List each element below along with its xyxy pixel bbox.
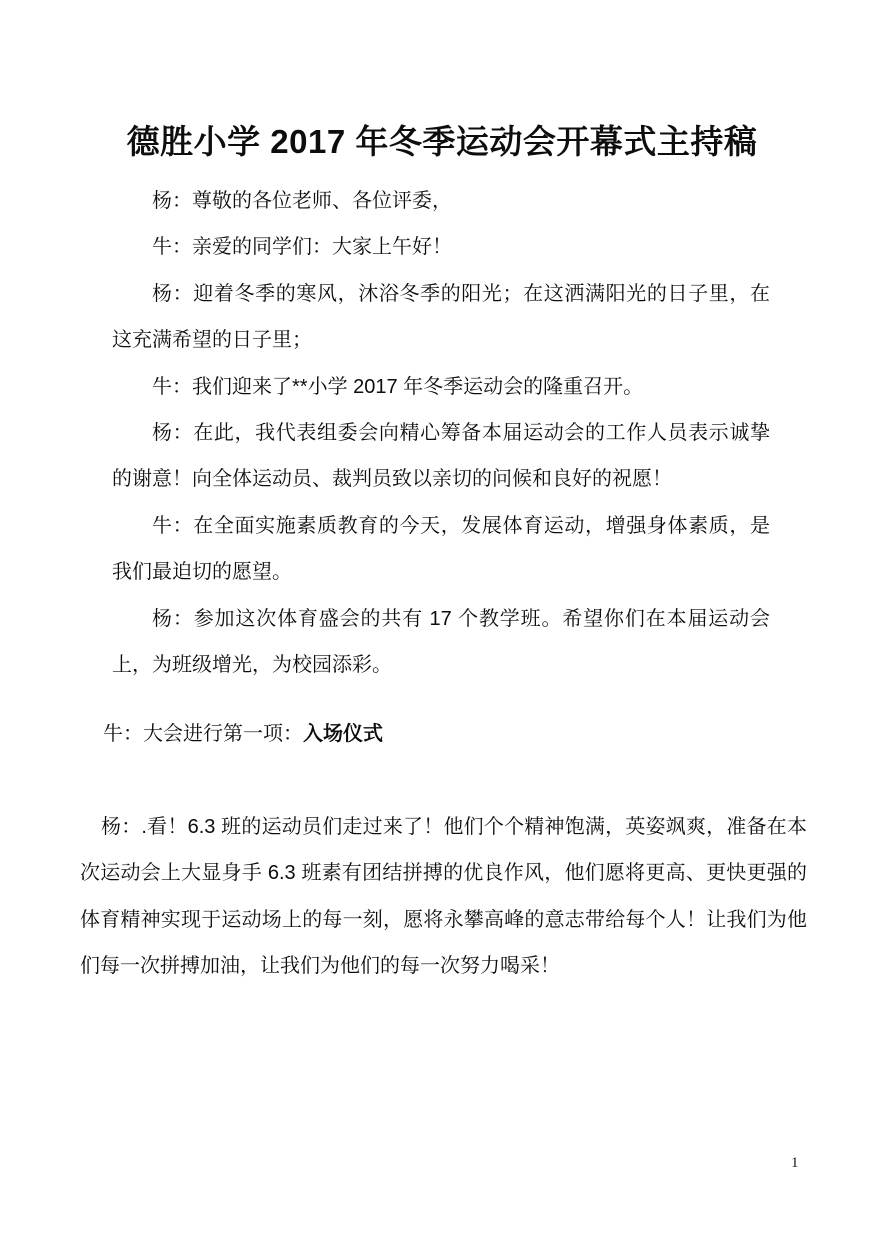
- agenda-line: 牛：大会进行第一项：入场仪式: [103, 711, 383, 757]
- paragraph-host-niu-3: 牛：在全面实施素质教育的今天，发展体育运动，增强身体素质，是我们最迫切的愿望。: [112, 503, 770, 596]
- paragraph-host-yang-closing: 杨：.看！6.3 班的运动员们走过来了！他们个个精神饱满，英姿飒爽，准备在本次运…: [80, 804, 807, 990]
- opening-section: 杨：尊敬的各位老师、各位评委， 牛：亲爱的同学们：大家上午好！ 杨：迎着冬季的寒…: [112, 178, 770, 688]
- paragraph-host-yang-4: 杨：参加这次体育盛会的共有 17 个教学班。希望你们在本届运动会上，为班级增光，…: [112, 596, 770, 689]
- page-number: 1: [791, 1154, 799, 1172]
- agenda-prefix: 牛：大会进行第一项：: [103, 723, 303, 745]
- closing-section: 杨：.看！6.3 班的运动员们走过来了！他们个个精神饱满，英姿飒爽，准备在本次运…: [80, 804, 807, 990]
- paragraph-host-niu-1: 牛：亲爱的同学们：大家上午好！: [112, 224, 770, 270]
- paragraph-host-yang-2: 杨：迎着冬季的寒风，沐浴冬季的阳光；在这洒满阳光的日子里，在这充满希望的日子里；: [112, 271, 770, 364]
- paragraph-host-niu-2: 牛：我们迎来了**小学 2017 年冬季运动会的隆重召开。: [112, 364, 770, 410]
- agenda-item-entrance-ceremony: 入场仪式: [303, 723, 383, 745]
- paragraph-host-yang-1: 杨：尊敬的各位老师、各位评委，: [112, 178, 770, 224]
- paragraph-host-yang-3: 杨：在此，我代表组委会向精心筹备本届运动会的工作人员表示诚挚的谢意！向全体运动员…: [112, 410, 770, 503]
- document-page: 德胜小学 2017 年冬季运动会开幕式主持稿 杨：尊敬的各位老师、各位评委， 牛…: [0, 0, 884, 1250]
- document-title: 德胜小学 2017 年冬季运动会开幕式主持稿: [0, 118, 884, 166]
